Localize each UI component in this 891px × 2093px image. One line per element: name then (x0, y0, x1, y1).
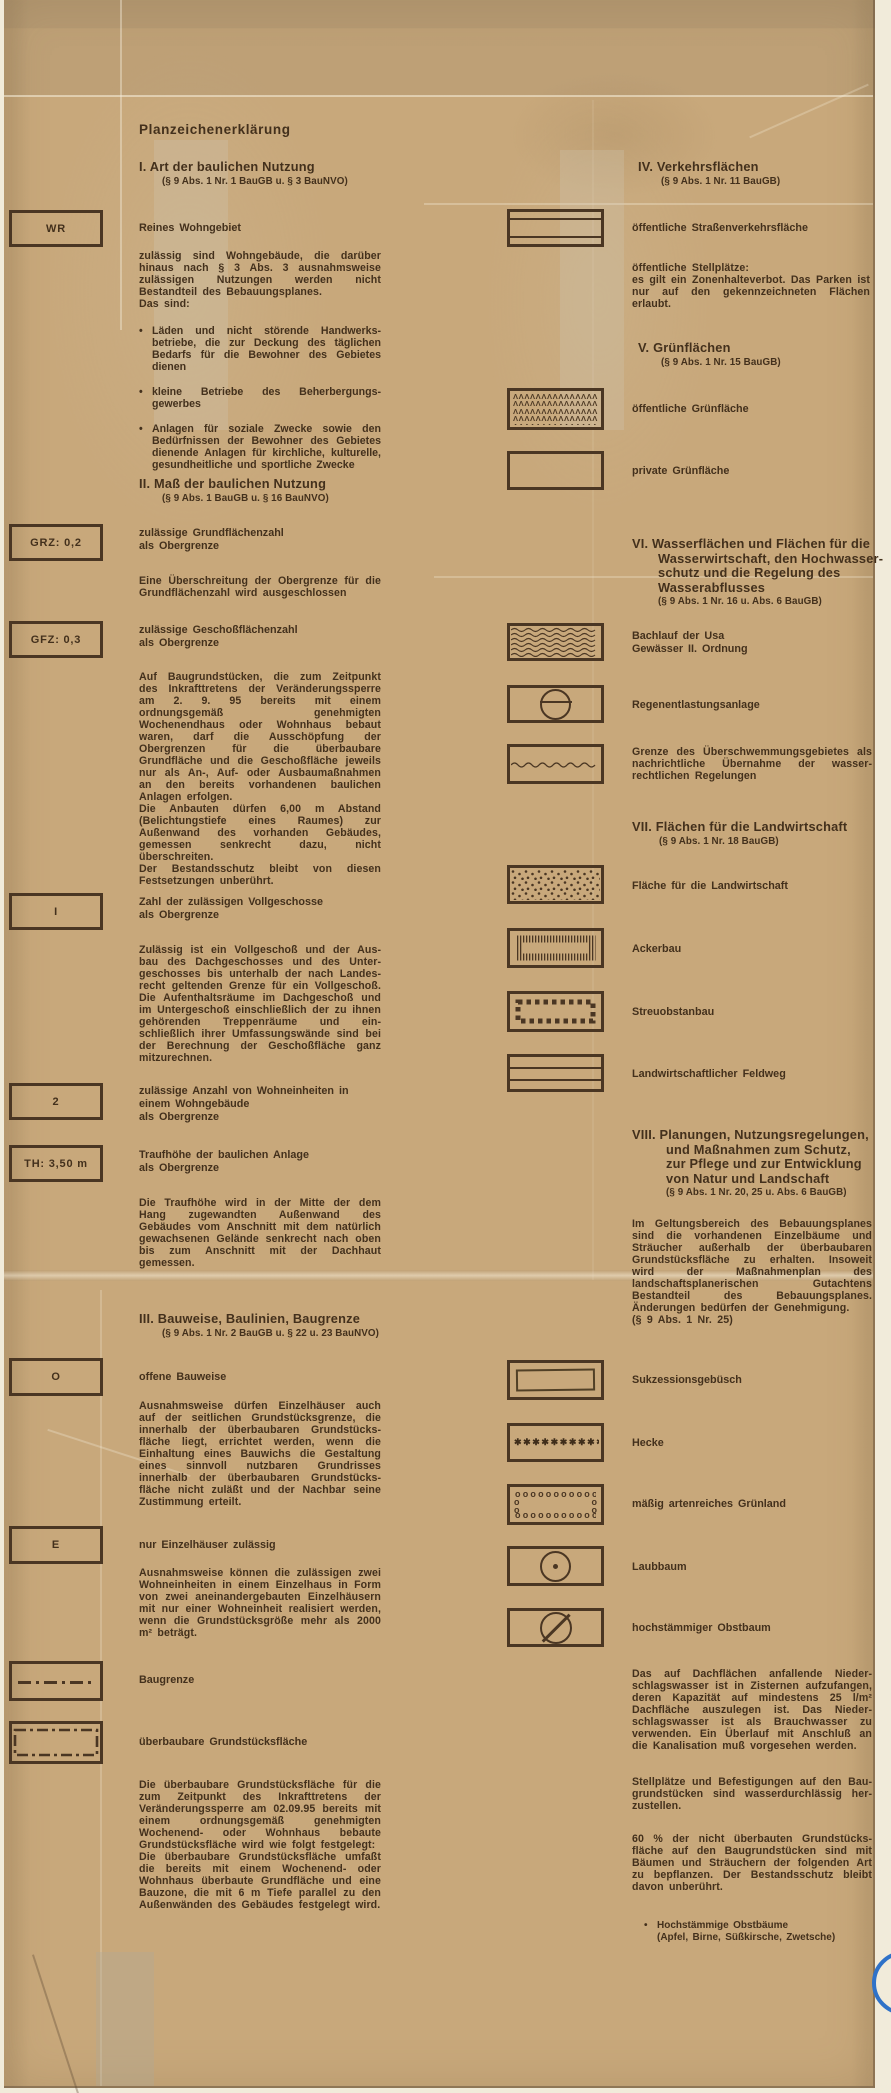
ackerbau-label: Ackerbau (632, 943, 681, 956)
section-ref-7: (§ 9 Abs. 1 Nr. 18 BauGB) (659, 836, 779, 847)
section-heading-3: III. Bauweise, Baulinien, Baugrenze (139, 1312, 360, 1327)
sukzessionsgebuesch-label: Sukzessionsgebüsch (632, 1374, 742, 1387)
gfz-paragraph: Auf Baugrundstücken, die zum Zeitpunkt d… (139, 671, 381, 887)
hedge-star-row-icon: ✱✱✱✱✱✱✱✱✱✱✱✱✱ (514, 1436, 599, 1447)
symbol-box-feldweg (507, 1054, 604, 1092)
symbol-box-baugrenze (9, 1661, 103, 1701)
section-ref-2: (§ 9 Abs. 1 BauGB u. § 16 BauNVO) (162, 493, 329, 504)
list-item: • kleine Betriebe des Beherbergungs­gewe… (139, 386, 381, 410)
section-heading-5: V. Grünflächen (638, 341, 731, 356)
symbol-box-sukzessionsgebuesch (507, 1360, 604, 1400)
circle-slash-line (541, 1613, 570, 1642)
symbol-box-laubbaum (507, 1546, 604, 1586)
dashed-rect-icon (13, 1727, 99, 1758)
symbol-box-offene-bauweise: O (9, 1358, 103, 1396)
bullet-text: Hochstämmige Obstbäume (Apfel, Birne, Sü… (657, 1920, 835, 1944)
obstbaum-label: hochstämmiger Obstbaum (632, 1622, 771, 1635)
section-ref-4: (§ 9 Abs. 1 Nr. 11 BauGB) (661, 176, 780, 187)
green-area-pattern-icon: ΛΛΛΛΛΛΛΛΛΛΛΛΛΛΛΛΛΛΛΛΛΛΛΛΛΛΛΛΛΛ ΛΛΛΛΛΛΛΛΛ… (512, 393, 599, 425)
offene-bauweise-code: O (51, 1371, 60, 1383)
road-line-icon (510, 236, 601, 238)
section-heading-6: VI. Wasserflächen und Flächen für die Wa… (632, 537, 891, 595)
symbol-box-streuobstanbau (507, 991, 604, 1032)
wr-code: WR (46, 223, 66, 235)
obstbaeume-bullet: • Hochstämmige Obstbäume (Apfel, Birne, … (644, 1907, 879, 1956)
symbol-box-ueberbaubare-flaeche (9, 1721, 103, 1764)
crease-line (424, 203, 873, 205)
grz-label: zulässige Grundflächenzahl als Obergrenz… (139, 527, 284, 553)
gruenland-label: mäßig artenreiches Grünland (632, 1498, 786, 1511)
hecke-label: Hecke (632, 1437, 664, 1450)
page-title: Planzeichenerklärung (139, 122, 291, 137)
stipple-pattern-icon (511, 869, 600, 900)
wohneinheiten-label: zulässige Anzahl von Wohneinheiten in ei… (139, 1085, 349, 1123)
crease-line (4, 95, 873, 97)
tape-mark (96, 1952, 154, 2086)
grassland-ring-side-icon: o o (514, 1498, 520, 1514)
list-item: • Anlagen für soziale Zwecke sowie den B… (139, 423, 381, 471)
section-ref-5: (§ 9 Abs. 1 Nr. 15 BauGB) (661, 357, 781, 368)
symbol-box-obstbaum (507, 1608, 604, 1647)
symbol-box-traufhoehe: TH: 3,50 m (9, 1145, 103, 1182)
bullet-text: Läden und nicht störende Handwerks­betri… (152, 325, 381, 373)
list-item: • Läden und nicht störende Handwerks­bet… (139, 325, 381, 373)
list-item: • Hochstämmige Obstbäume (Apfel, Birne, … (644, 1920, 879, 1944)
strassenverkehr-label: öffentliche Straßenverkehrsfläche (632, 222, 867, 235)
section-heading-1: I. Art der baulichen Nutzung (139, 160, 315, 175)
wr-label: Reines Wohngebiet (139, 222, 241, 235)
traufhoehe-label: Traufhöhe der baulichen Anlage als Oberg… (139, 1149, 309, 1175)
road-line-icon (510, 218, 601, 220)
ueberschwemmungsgrenze-label: Grenze des Überschwemmungsgebietes als n… (632, 746, 872, 782)
grz-code: GRZ: 0,2 (30, 537, 82, 549)
symbol-box-gfz: GFZ: 0,3 (9, 621, 103, 658)
section-heading-2: II. Maß der baulichen Nutzung (139, 477, 326, 492)
ueberbaubare-flaeche-paragraph: Die überbaubare Grundstücksfläche für di… (139, 1779, 381, 1911)
symbol-box-private-gruenflaeche (507, 451, 604, 490)
streuobstanbau-label: Streuobstanbau (632, 1006, 714, 1019)
offene-bauweise-label: offene Bauweise (139, 1371, 226, 1384)
symbol-box-einzelhaeuser: E (9, 1526, 103, 1564)
sketched-rect-icon (516, 1369, 595, 1392)
symbol-box-landwirtschaft (507, 865, 604, 904)
bullet-icon: • (644, 1920, 657, 1944)
bachlauf-label: Bachlauf der Usa Gewässer II. Ordnung (632, 630, 748, 656)
section-ref-3: (§ 9 Abs. 1 Nr. 2 BauGB u. § 22 u. 23 Ba… (162, 1328, 379, 1339)
landwirtschaft-label: Fläche für die Landwirtschaft (632, 880, 788, 893)
symbol-box-strassenverkehr (507, 209, 604, 247)
section-ref-1: (§ 9 Abs. 1 Nr. 1 BauGB u. § 3 BauNVO) (162, 176, 348, 187)
natur-landschaft-paragraph: Im Geltungsbereich des Bebauungsplanes s… (632, 1218, 872, 1326)
scanned-paper-sheet: Planzeichenerklärung I. Art der bauliche… (4, 0, 875, 2088)
symbol-box-ackerbau (507, 928, 604, 968)
bullet-icon: • (139, 423, 152, 471)
traufhoehe-paragraph: Die Traufhöhe wird in der Mitte der dem … (139, 1197, 381, 1269)
einzelhaeuser-label: nur Einzelhäuser zulässig (139, 1539, 276, 1552)
vollgeschoss-paragraph: Zulässig ist ein Vollgeschoß und der Aus… (139, 944, 381, 1064)
feldweg-label: Landwirtschaftlicher Feldweg (632, 1068, 786, 1081)
symbol-box-wohneinheiten: 2 (9, 1083, 103, 1120)
bullet-icon: • (139, 386, 152, 410)
hatched-frame-icon (511, 932, 600, 964)
scanned-plan-legend-page: { "page": { "title": "Planzeichenerkläru… (0, 0, 891, 2093)
section-heading-7: VII. Flächen für die Landwirtschaft (632, 820, 847, 835)
vollgeschoss-label: Zahl der zulässigen Vollgeschosse als Ob… (139, 896, 323, 922)
grassland-ring-row-icon: oooooooooooo (515, 1490, 596, 1499)
symbol-box-wr: WR (9, 210, 103, 247)
crease-scratch (749, 84, 869, 139)
section-ref-8: (§ 9 Abs. 1 Nr. 20, 25 u. Abs. 6 BauGB) (666, 1187, 847, 1198)
traufhoehe-code: TH: 3,50 m (24, 1158, 88, 1170)
bullet-text: kleine Betriebe des Beherbergungs­gewerb… (152, 386, 381, 410)
feldweg-line-icon (510, 1079, 601, 1081)
paper-tear (32, 1954, 80, 2093)
bullet-icon: • (139, 325, 152, 373)
symbol-box-bachlauf (507, 623, 604, 661)
einzelhaeuser-code: E (52, 1539, 60, 1551)
circle-chord-line (540, 701, 572, 704)
laubbaum-label: Laubbaum (632, 1561, 687, 1574)
wr-intro-paragraph: zulässig sind Wohngebäude, die darüber h… (139, 250, 381, 310)
grassland-ring-side-icon: o o (592, 1498, 598, 1514)
oeffentliche-gruenflaeche-label: öffentliche Grünfläche (632, 403, 749, 416)
regenentlastung-label: Regenentlastungsanlage (632, 699, 760, 712)
symbol-box-ueberschwemmungsgrenze (507, 744, 604, 784)
stellplaetze-befestigung-paragraph: Stellplätze und Befestigungen auf den Ba… (632, 1776, 872, 1812)
obstbaum-slashed-circle-icon (540, 1612, 572, 1644)
section-heading-8: VIII. Planungen, Nutzungsregelungen, und… (632, 1128, 891, 1186)
symbol-box-hecke: ✱✱✱✱✱✱✱✱✱✱✱✱✱ (507, 1423, 604, 1462)
grz-note-paragraph: Eine Überschreitung der Obergrenze für d… (139, 575, 381, 599)
laubbaum-circle-dot-icon (540, 1551, 571, 1582)
feldweg-line-icon (510, 1067, 601, 1069)
baugrenze-label: Baugrenze (139, 1674, 194, 1687)
wr-bullet-list: • Läden und nicht störende Handwerks­bet… (139, 312, 381, 483)
bepflanzung-paragraph: 60 % der nicht überbauten Grundstücks­fl… (632, 1833, 872, 1893)
symbol-box-grz: GRZ: 0,2 (9, 524, 103, 561)
dotted-square-frame-icon (511, 995, 600, 1028)
symbol-box-oeffentliche-gruenflaeche: ΛΛΛΛΛΛΛΛΛΛΛΛΛΛΛΛΛΛΛΛΛΛΛΛΛΛΛΛΛΛ ΛΛΛΛΛΛΛΛΛ… (507, 388, 604, 430)
einzelhaeuser-paragraph: Ausnahmsweise können die zulässigen zwei… (139, 1567, 381, 1639)
niederschlagswasser-paragraph: Das auf Dachflächen anfallende Nieder­sc… (632, 1668, 872, 1752)
baugrenze-dashdot-line-icon (18, 1681, 94, 1684)
gfz-label: zulässige Geschoßflächenzahl als Obergre… (139, 624, 298, 650)
symbol-box-vollgeschosse: I (9, 893, 103, 930)
symbol-box-gruenland: oooooooooooo oooooooooooo o o o o (507, 1484, 604, 1525)
regenentlastung-circle-icon (540, 689, 571, 720)
stellplaetze-paragraph: öffentliche Stellplätze: es gilt ein Zon… (632, 262, 870, 310)
private-gruenflaeche-label: private Grünfläche (632, 465, 729, 478)
gfz-code: GFZ: 0,3 (31, 634, 81, 646)
symbol-box-regenentlastung (507, 685, 604, 723)
flood-boundary-wave-icon (511, 759, 600, 769)
circle-center-dot (553, 1564, 558, 1569)
section-heading-4: IV. Verkehrsflächen (638, 160, 759, 175)
ueberbaubare-flaeche-label: überbaubare Grundstücksfläche (139, 1736, 307, 1749)
section-ref-6: (§ 9 Abs. 1 Nr. 16 u. Abs. 6 BauGB) (658, 596, 822, 607)
water-waves-icon (511, 627, 600, 657)
offene-bauweise-paragraph: Ausnahmsweise dürfen Einzelhäuser auch a… (139, 1400, 381, 1508)
wohneinheiten-code: 2 (53, 1096, 60, 1108)
vollgeschoss-code: I (54, 906, 58, 918)
bullet-text: Anlagen für soziale Zwecke sowie den Bed… (152, 423, 381, 471)
grassland-ring-row-icon: oooooooooooo (515, 1511, 596, 1520)
crease-line (120, 0, 122, 330)
